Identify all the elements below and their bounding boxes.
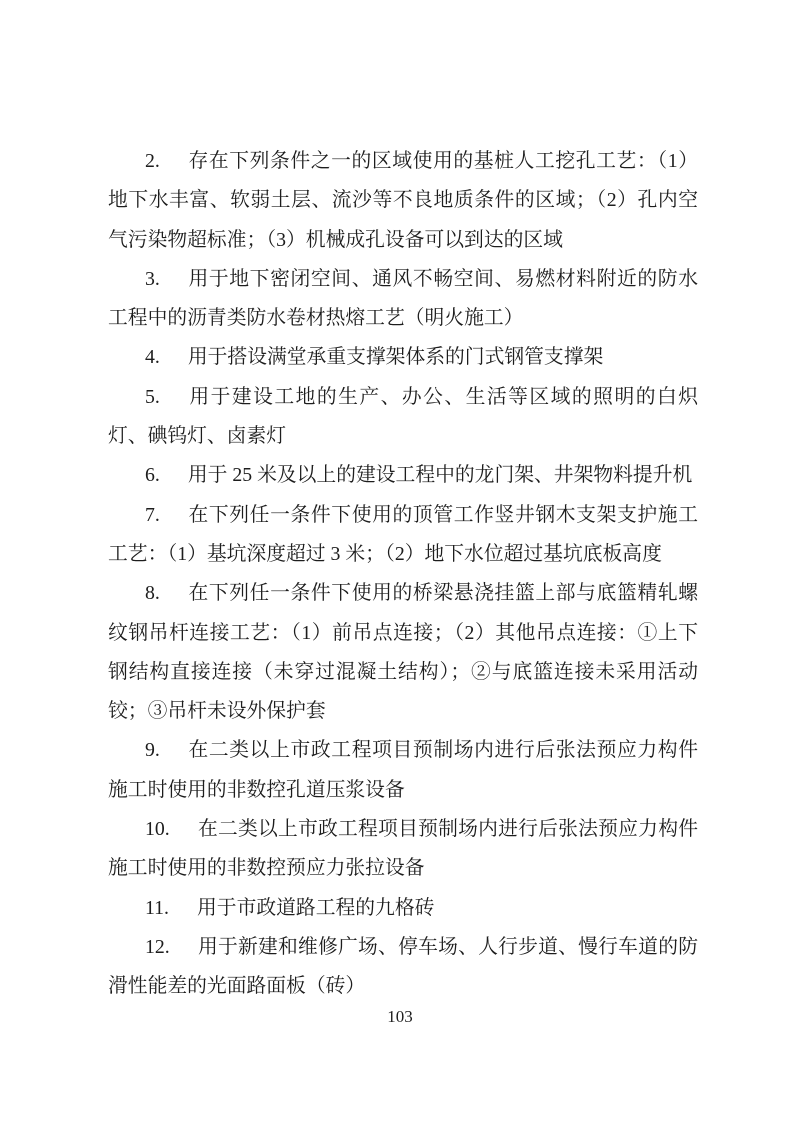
item-text: 在下列任一条件下使用的桥梁悬浇挂篮上部与底篮精轧螺纹钢吊杆连接工艺：（1）前吊点… <box>108 582 698 722</box>
item-number: 9. <box>145 739 160 761</box>
list-item-11: 11.用于市政道路工程的九格砖 <box>108 889 698 928</box>
item-text: 用于建设工地的生产、办公、生活等区域的照明的白炽灯、碘钨灯、卤素灯 <box>108 386 698 447</box>
item-text: 存在下列条件之一的区域使用的基桩人工挖孔工艺：（1）地下水丰富、软弱土层、流沙等… <box>108 150 698 251</box>
item-text: 用于搭设满堂承重支撑架体系的门式钢管支撑架 <box>188 346 603 368</box>
item-number: 6. <box>145 464 160 486</box>
item-number: 12. <box>145 936 170 958</box>
item-number: 11. <box>145 897 169 919</box>
list-item-8: 8.在下列任一条件下使用的桥梁悬浇挂篮上部与底篮精轧螺纹钢吊杆连接工艺：（1）前… <box>108 574 698 731</box>
item-text: 在二类以上市政工程项目预制场内进行后张法预应力构件施工时使用的非数控预应力张拉设… <box>108 818 698 879</box>
item-text: 在下列任一条件下使用的顶管工作竖井钢木支架支护施工工艺：（1）基坑深度超过 3 … <box>108 504 698 565</box>
item-number: 7. <box>145 504 160 526</box>
list-item-6: 6.用于 25 米及以上的建设工程中的龙门架、井架物料提升机 <box>108 456 698 495</box>
list-item-5: 5.用于建设工地的生产、办公、生活等区域的照明的白炽灯、碘钨灯、卤素灯 <box>108 378 698 457</box>
item-number: 3. <box>145 268 160 290</box>
list-item-7: 7.在下列任一条件下使用的顶管工作竖井钢木支架支护施工工艺：（1）基坑深度超过 … <box>108 496 698 575</box>
list-item-2: 2.存在下列条件之一的区域使用的基桩人工挖孔工艺：（1）地下水丰富、软弱土层、流… <box>108 142 698 260</box>
list-item-4: 4.用于搭设满堂承重支撑架体系的门式钢管支撑架 <box>108 338 698 377</box>
list-item-9: 9.在二类以上市政工程项目预制场内进行后张法预应力构件施工时使用的非数控孔道压浆… <box>108 731 698 810</box>
item-text: 在二类以上市政工程项目预制场内进行后张法预应力构件施工时使用的非数控孔道压浆设备 <box>108 739 698 800</box>
item-text: 用于 25 米及以上的建设工程中的龙门架、井架物料提升机 <box>188 464 692 486</box>
document-page: 2.存在下列条件之一的区域使用的基桩人工挖孔工艺：（1）地下水丰富、软弱土层、流… <box>0 0 800 1131</box>
item-number: 4. <box>145 346 160 368</box>
list-item-3: 3.用于地下密闭空间、通风不畅空间、易燃材料附近的防水工程中的沥青类防水卷材热熔… <box>108 260 698 339</box>
item-number: 2. <box>145 150 160 172</box>
item-number: 8. <box>145 582 160 604</box>
item-number: 5. <box>145 386 160 408</box>
page-number: 103 <box>0 1006 800 1028</box>
numbered-list: 2.存在下列条件之一的区域使用的基桩人工挖孔工艺：（1）地下水丰富、软弱土层、流… <box>108 142 698 1007</box>
item-text: 用于新建和维修广场、停车场、人行步道、慢行车道的防滑性能差的光面路面板（砖） <box>108 936 698 997</box>
list-item-12: 12.用于新建和维修广场、停车场、人行步道、慢行车道的防滑性能差的光面路面板（砖… <box>108 928 698 1007</box>
item-number: 10. <box>145 818 170 840</box>
list-item-10: 10.在二类以上市政工程项目预制场内进行后张法预应力构件施工时使用的非数控预应力… <box>108 810 698 889</box>
item-text: 用于市政道路工程的九格砖 <box>197 897 434 919</box>
item-text: 用于地下密闭空间、通风不畅空间、易燃材料附近的防水工程中的沥青类防水卷材热熔工艺… <box>108 268 698 329</box>
